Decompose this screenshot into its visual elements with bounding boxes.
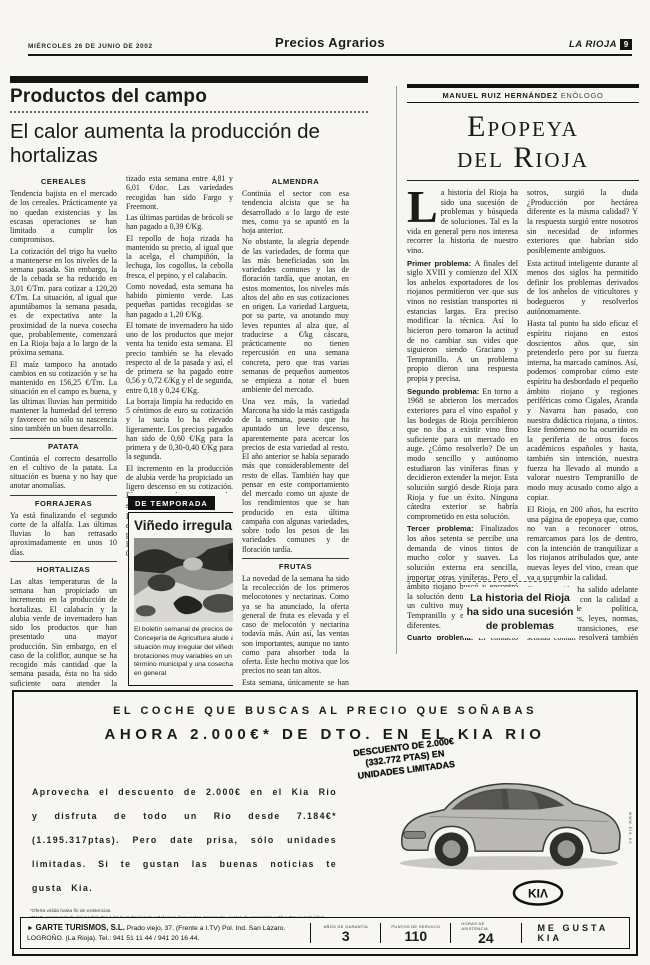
article-paragraph: Las últimas partidas de brócoli se han p… — [126, 213, 233, 232]
article-paragraph: Ya está finalizando el segundo corte de … — [10, 511, 117, 557]
article-paragraph: Hasta tal punto ha sido eficaz el espíri… — [527, 319, 638, 502]
kia-slogan: ME GUSTA KIA — [537, 923, 629, 943]
assistance-badge: HORAS DE ASISTENCIA 24 — [461, 921, 510, 945]
article-paragraph: Las altas temperaturas de la semana han … — [10, 577, 117, 686]
article-paragraph: Tendencia bajista en el mercado de los c… — [10, 189, 117, 245]
section-heading: FRUTAS — [242, 558, 349, 571]
article-paragraph: Segundo problema: En torno a 1968 se abr… — [407, 387, 518, 522]
page-header: MIÉRCOLES 26 DE JUNIO DE 2002 Precios Ag… — [28, 26, 632, 56]
byline: MANUEL RUIZ HERNÁNDEZ ENÓLOGO — [407, 84, 639, 103]
opinion-title: Epopeya del Rioja — [407, 103, 639, 181]
warranty-badge: AÑOS DE GARANTÍA 3 — [321, 924, 370, 943]
article-paragraph: La borraja limpia ha reducido en 5 cénti… — [126, 397, 233, 462]
kicker-bar — [10, 76, 368, 83]
main-content: Productos del campo El calor aumenta la … — [10, 72, 640, 664]
article-paragraph: Esta semana, únicamente se han recogido … — [242, 678, 349, 687]
article-paragraph: La cotización del trigo ha vuelto a mant… — [10, 247, 117, 358]
dealer-info: ► GARTE TURISMOS, S.L. Prado viejo, 37. … — [21, 923, 300, 943]
section-heading: FORRAJERAS — [10, 495, 117, 508]
article-paragraph: tizado esta semana entre 4,81 y 6,01 €/d… — [126, 174, 233, 211]
brand-block: LA RIOJA 9 — [431, 39, 632, 50]
brand-label: LA RIOJA — [569, 39, 617, 50]
kia-logo: KIΛ — [512, 880, 564, 906]
article-paragraph: Esta actitud inteligente durante al meno… — [527, 259, 638, 317]
article-column-1: CEREALESTendencia bajista en el mercado … — [10, 174, 117, 686]
left-article: Productos del campo El calor aumenta la … — [10, 72, 388, 664]
kicker-title: Productos del campo — [10, 86, 368, 113]
car-image — [390, 750, 628, 878]
opinion-column-1: La historia del Rioja ha sido una sucesi… — [407, 188, 518, 640]
byline-role: ENÓLOGO — [561, 91, 604, 100]
svg-text:KIΛ: KIΛ — [528, 887, 548, 901]
section-heading: HORTALIZAS — [10, 561, 117, 574]
article-paragraph: El tomate de invernadero ha sido uno de … — [126, 321, 233, 395]
ad-headline-primary: EL COCHE QUE BUSCAS AL PRECIO QUE SOÑABA… — [14, 705, 636, 717]
article-columns: CEREALESTendencia bajista en el mercado … — [10, 174, 350, 686]
ad-body-text: Aprovecha el descuento de 2.000€ en el K… — [32, 780, 337, 900]
article-paragraph: No obstante, la alegría depende de las v… — [242, 237, 349, 394]
dashed-rule — [407, 581, 557, 582]
opinion-column-2: sotros, surgió la duda ¿Producción por h… — [527, 188, 638, 640]
opinion-columns: La historia del Rioja ha sido una sucesi… — [407, 188, 639, 640]
section-heading: ALMENDRA — [242, 174, 349, 186]
page-number-badge: 9 — [620, 39, 632, 50]
article-column-2: tizado esta semana entre 4,81 y 6,01 €/d… — [126, 174, 233, 686]
section-heading: CEREALES — [10, 174, 117, 186]
article-paragraph: El Rioja, en 200 años, ha escrito una pá… — [527, 505, 638, 582]
article-paragraph: La historia del Rioja ha sido una sucesi… — [407, 188, 518, 255]
article-paragraph: Una vez más, la variedad Marcona ha sido… — [242, 397, 349, 554]
kia-advertisement: EL COCHE QUE BUSCAS AL PRECIO QUE SOÑABA… — [12, 690, 638, 956]
section-title: Precios Agrarios — [229, 35, 430, 50]
vertical-divider — [396, 86, 397, 654]
box-caption: El boletín semanal de precios de la Conc… — [134, 626, 233, 679]
article-paragraph: El repollo de hoja rizada ha mantenido s… — [126, 234, 233, 280]
website-vertical-text: www.kia.es — [628, 812, 633, 845]
box-title: Viñedo irregular — [134, 518, 233, 533]
date-label: MIÉRCOLES 26 DE JUNIO DE 2002 — [28, 43, 229, 50]
article-paragraph: Continúa el sector con esa tendencia alc… — [242, 189, 349, 235]
dealer-strip: ► GARTE TURISMOS, S.L. Prado viejo, 37. … — [20, 917, 630, 949]
article-paragraph: Continúa el correcto desarrollo en el cu… — [10, 454, 117, 491]
arrow-icon: ► — [27, 925, 34, 932]
article-paragraph: Como novedad, esta semana ha habido pimi… — [126, 282, 233, 319]
section-heading: PATATA — [10, 438, 117, 451]
opinion-article: MANUEL RUIZ HERNÁNDEZ ENÓLOGO Epopeya de… — [407, 84, 639, 664]
article-paragraph: Primer problema: A finales del siglo XVI… — [407, 259, 518, 384]
ad-headline-secondary: AHORA 2.000€* DE DTO. EN EL KIA RIO — [14, 726, 636, 743]
service-badge: PUNTOS DE SERVICIO 110 — [391, 924, 440, 943]
article-paragraph: La novedad de la semana ha sido la recol… — [242, 574, 349, 676]
article-column-3: ALMENDRAContinúa el sector con esa tende… — [242, 174, 349, 686]
article-paragraph: sotros, surgió la duda ¿Producción por h… — [527, 188, 638, 255]
newspaper-page: MIÉRCOLES 26 DE JUNIO DE 2002 Precios Ag… — [0, 0, 650, 965]
main-headline: El calor aumenta la producción de hortal… — [10, 120, 370, 168]
de-temporada-label: DE TEMPORADA — [128, 496, 215, 510]
article-paragraph: El maíz tampoco ha anotado cambios en su… — [10, 360, 117, 434]
de-temporada-box: DE TEMPORADA Viñedo irregular — [128, 493, 233, 686]
pull-quote: La historia del Rioja ha sido una sucesi… — [463, 587, 577, 638]
vineyard-photo-image — [134, 538, 233, 622]
